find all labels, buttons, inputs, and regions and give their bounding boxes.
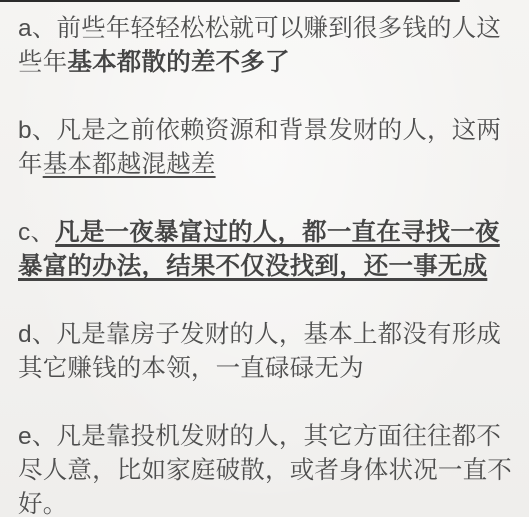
item-marker-a: a、 xyxy=(18,15,57,42)
item-marker-b: b、 xyxy=(18,117,57,144)
text-segment: 凡是之前依赖资源和背景发财的人，这两 xyxy=(57,117,502,144)
text-segment: 基本都越混越差 xyxy=(43,151,216,178)
text-segment: 其它赚钱的本领，一直碌碌无为 xyxy=(18,355,364,382)
list-item-c: c、凡是一夜暴富过的人，都一直在寻找一夜暴富的办法，结果不仅没找到，还一事无成 xyxy=(18,216,517,284)
text-segment: 些年 xyxy=(18,49,67,76)
list-item-a: a、前些年轻轻松松就可以赚到很多钱的人这些年基本都散的差不多了 xyxy=(18,12,517,80)
text-segment: 好。 xyxy=(18,491,67,517)
list-item-b: b、凡是之前依赖资源和背景发财的人，这两年基本都越混越差 xyxy=(18,114,517,182)
text-segment: 年 xyxy=(18,151,43,178)
text-segment: 尽人意，比如家庭破散，或者身体状况一直不 xyxy=(18,457,512,484)
text-segment: 前些年轻轻松松就可以赚到很多钱的人这 xyxy=(57,15,502,42)
text-segment: 暴富的办法，结果不仅没找到，还一事无成 xyxy=(18,253,487,280)
text-list: a、前些年轻轻松松就可以赚到很多钱的人这些年基本都散的差不多了b、凡是之前依赖资… xyxy=(0,0,529,517)
item-marker-d: d、 xyxy=(18,321,57,348)
text-segment: 凡是靠房子发财的人，基本上都没有形成 xyxy=(57,321,502,348)
list-item-d: d、凡是靠房子发财的人，基本上都没有形成其它赚钱的本领，一直碌碌无为 xyxy=(18,318,517,386)
text-segment: 基本都散的差不多了 xyxy=(67,49,289,76)
text-segment: 凡是一夜暴富过的人，都一直在寻找一夜 xyxy=(55,219,500,246)
text-segment: 凡是靠投机发财的人，其它方面往往都不 xyxy=(57,423,502,450)
item-marker-c: c、 xyxy=(18,219,55,246)
item-marker-e: e、 xyxy=(18,423,57,450)
list-item-e: e、凡是靠投机发财的人，其它方面往往都不尽人意，比如家庭破散，或者身体状况一直不… xyxy=(18,420,517,517)
